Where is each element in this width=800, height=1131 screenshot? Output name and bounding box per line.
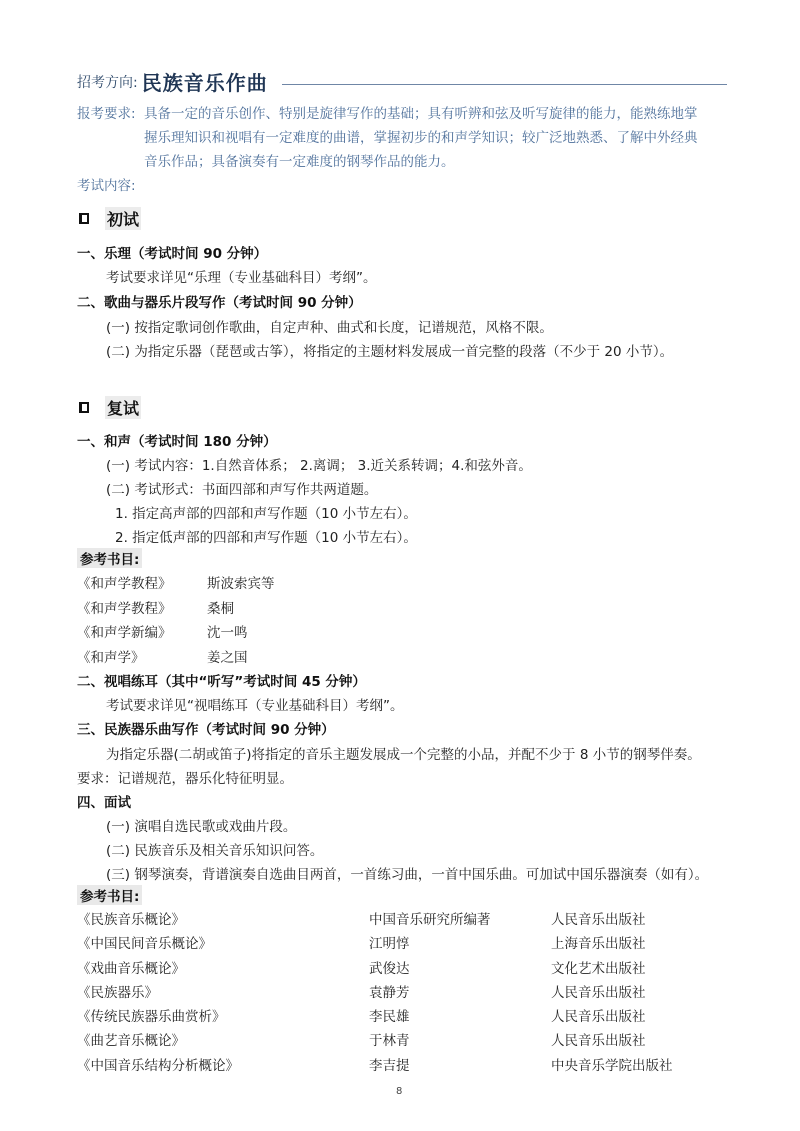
item-line: (二) 民族音乐及相关音乐知识问答。 [106, 839, 323, 859]
book-title: 《民族器乐》 [77, 981, 369, 1005]
book-title: 《民族音乐概论》 [77, 908, 369, 932]
book-author: 于林青 [369, 1029, 551, 1053]
list-item: 《民族器乐》袁静芳人民音乐出版社 [77, 981, 673, 1005]
book-title: 《中国民间音乐概论》 [77, 932, 369, 956]
interview-reference-list: 《民族音乐概论》中国音乐研究所编著人民音乐出版社 《中国民间音乐概论》江明惇上海… [77, 908, 673, 1078]
list-item: 《民族音乐概论》中国音乐研究所编著人民音乐出版社 [77, 908, 673, 932]
document-page: 招考方向: 民族音乐作曲 报考要求: 具备一定的音乐创作、特别是旋律写作的基础；… [0, 0, 800, 1131]
book-publisher: 人民音乐出版社 [551, 908, 646, 932]
item-line: (一) 按指定歌词创作歌曲，自定声种、曲式和长度，记谱规范，风格不限。 [106, 316, 553, 336]
book-author: 李吉提 [369, 1054, 551, 1078]
book-title: 《曲艺音乐概论》 [77, 1029, 369, 1053]
header-rule [282, 84, 727, 85]
section-preliminary: 初试 [79, 207, 141, 230]
harmony-reference-list: 《和声学教程》斯波索宾等 《和声学教程》桑桐 《和声学新编》沈一鸣 《和声学》姜… [77, 572, 275, 670]
book-author: 李民雄 [369, 1005, 551, 1029]
book-publisher: 中央音乐学院出版社 [551, 1054, 673, 1078]
page-header: 招考方向: 民族音乐作曲 [77, 66, 727, 96]
section-title: 复试 [105, 396, 141, 419]
item-line: (一) 演唱自选民歌或戏曲片段。 [106, 815, 296, 835]
book-author: 袁静芳 [369, 981, 551, 1005]
book-title: 《中国音乐结构分析概论》 [77, 1054, 369, 1078]
book-publisher: 人民音乐出版社 [551, 1029, 646, 1053]
book-title: 《和声学新编》 [77, 621, 207, 646]
book-author: 沈一鸣 [207, 621, 248, 646]
book-title: 《和声学教程》 [77, 572, 207, 597]
list-item: 《曲艺音乐概论》于林青人民音乐出版社 [77, 1029, 673, 1053]
reference-label: 参考书目: [77, 548, 142, 568]
page-title: 民族音乐作曲 [142, 67, 268, 96]
item-line: (二) 考试形式：书面四部和声写作共两道题。 [106, 478, 377, 498]
book-title: 《戏曲音乐概论》 [77, 957, 369, 981]
direction-label: 招考方向: [77, 72, 138, 92]
reference-label: 参考书目: [77, 885, 142, 905]
item-line: (一) 考试内容：1.自然音体系； 2.离调； 3.近关系转调；4.和弦外音。 [106, 454, 532, 474]
list-item: 《戏曲音乐概论》武俊达文化艺术出版社 [77, 957, 673, 981]
requirements-line: 具备一定的音乐创作、特别是旋律写作的基础；具有听辨和弦及听写旋律的能力，能熟练地… [144, 102, 727, 126]
list-item: 《和声学新编》沈一鸣 [77, 621, 275, 646]
item-heading: 四、面试 [77, 791, 131, 811]
book-author: 斯波索宾等 [207, 572, 275, 597]
book-title: 《和声学教程》 [77, 597, 207, 622]
requirements-line: 音乐作品；具备演奏有一定难度的钢琴作品的能力。 [144, 150, 727, 174]
book-publisher: 上海音乐出版社 [551, 932, 646, 956]
page-number: 8 [396, 1086, 402, 1097]
item-line: 1. 指定高声部的四部和声写作题（10 小节左右）。 [115, 502, 417, 522]
list-item: 《和声学》姜之国 [77, 646, 275, 671]
book-title: 《和声学》 [77, 646, 207, 671]
list-item: 《和声学教程》斯波索宾等 [77, 572, 275, 597]
requirements-line: 握乐理知识和视唱有一定难度的曲谱，掌握初步的和声学知识；较广泛地熟悉、了解中外经… [144, 126, 727, 150]
section-retest: 复试 [79, 396, 141, 419]
book-title: 《传统民族器乐曲赏析》 [77, 1005, 369, 1029]
item-heading: 一、乐理（考试时间 90 分钟） [77, 242, 267, 262]
item-heading: 三、民族器乐曲写作（考试时间 90 分钟） [77, 718, 335, 738]
list-item: 《传统民族器乐曲赏析》李民雄人民音乐出版社 [77, 1005, 673, 1029]
item-line: 考试要求详见“乐理（专业基础科目）考纲”。 [106, 266, 377, 286]
book-publisher: 人民音乐出版社 [551, 1005, 646, 1029]
requirements-label: 报考要求: [77, 102, 136, 126]
book-author: 江明惇 [369, 932, 551, 956]
book-author: 武俊达 [369, 957, 551, 981]
item-line: 为指定乐器(二胡或笛子)将指定的音乐主题发展成一个完整的小品，并配不少于 8 小… [106, 743, 701, 763]
item-heading: 二、视唱练耳（其中“听写”考试时间 45 分钟） [77, 670, 366, 690]
list-item: 《中国民间音乐概论》江明惇上海音乐出版社 [77, 932, 673, 956]
item-heading: 一、和声（考试时间 180 分钟） [77, 430, 277, 450]
book-publisher: 文化艺术出版社 [551, 957, 646, 981]
book-author: 中国音乐研究所编著 [369, 908, 551, 932]
list-item: 《中国音乐结构分析概论》李吉提中央音乐学院出版社 [77, 1054, 673, 1078]
content-label: 考试内容: [77, 174, 136, 194]
item-line: (三) 钢琴演奏，背谱演奏自选曲目两首，一首练习曲，一首中国乐曲。可加试中国乐器… [106, 863, 708, 883]
item-line: 2. 指定低声部的四部和声写作题（10 小节左右）。 [115, 526, 417, 546]
checkbox-square-icon [79, 213, 89, 224]
item-heading: 二、歌曲与器乐片段写作（考试时间 90 分钟） [77, 291, 362, 311]
book-publisher: 人民音乐出版社 [551, 981, 646, 1005]
item-line: (二) 为指定乐器（琵琶或古筝），将指定的主题材料发展成一首完整的段落（不少于 … [106, 340, 673, 360]
book-author: 姜之国 [207, 646, 248, 671]
item-line: 考试要求详见“视唱练耳（专业基础科目）考纲”。 [106, 694, 404, 714]
requirements-text: 具备一定的音乐创作、特别是旋律写作的基础；具有听辨和弦及听写旋律的能力，能熟练地… [144, 102, 727, 174]
section-title: 初试 [105, 207, 141, 230]
list-item: 《和声学教程》桑桐 [77, 597, 275, 622]
item-line: 要求：记谱规范，器乐化特征明显。 [77, 767, 293, 787]
checkbox-square-icon [79, 402, 89, 413]
requirements: 报考要求: 具备一定的音乐创作、特别是旋律写作的基础；具有听辨和弦及听写旋律的能… [77, 102, 727, 174]
book-author: 桑桐 [207, 597, 234, 622]
